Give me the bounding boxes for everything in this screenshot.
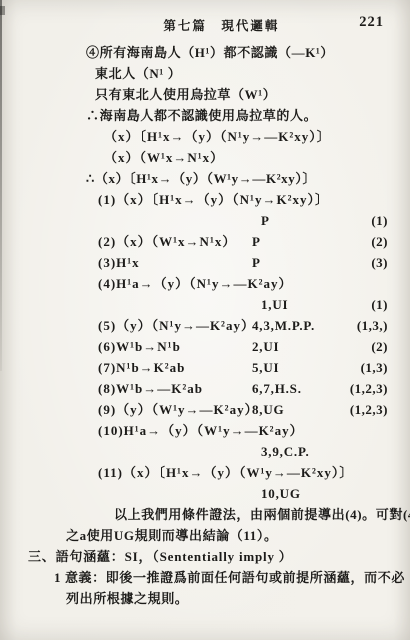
proof-justification: P bbox=[261, 210, 270, 231]
section-heading: 三、語句涵蘊：SI，（Sententially imply ） bbox=[0, 546, 410, 567]
symbolization-conclusion: ∴（x）〔H¹x→（y）（W¹y→—K²xy）〕 bbox=[0, 168, 410, 189]
proof-formula: (8)W¹b→—K²ab bbox=[98, 381, 203, 396]
proof-justification: 2,UI bbox=[252, 336, 279, 357]
commentary-line: 以上我們用條件證法，由兩個前提導出(4)。可對(4)中 bbox=[0, 504, 410, 525]
proof-justification: 10,UG bbox=[261, 483, 301, 504]
proof-line-ref: (1,2,3) bbox=[350, 378, 388, 399]
proof-row: 1,UI (1) bbox=[0, 294, 410, 315]
premise-line: ④所有海南島人（H¹）都不認識（—K¹） bbox=[0, 42, 410, 63]
proof-row: (9)（y）（W¹y→—K²ay） 8,UG (1,2,3) bbox=[0, 399, 410, 420]
proof-line-ref: (1) bbox=[371, 294, 388, 315]
proof-justification: P bbox=[252, 252, 261, 273]
proof-row: P (1) bbox=[0, 210, 410, 231]
proof-justification: 3,9,C.P. bbox=[261, 441, 310, 462]
proof-line-ref: (1,3) bbox=[361, 357, 388, 378]
proof-line-ref: (1) bbox=[371, 210, 388, 231]
premise-line: 只有東北人使用烏拉草（W¹） bbox=[0, 84, 410, 105]
proof-line-ref: (3) bbox=[371, 252, 388, 273]
proof-justification: P bbox=[252, 231, 261, 252]
proof-row: (4)H¹a→（y）（N¹y→—K²ay） bbox=[0, 273, 410, 294]
commentary-line: 之a使用UG規則而導出結論（11）。 bbox=[0, 525, 410, 546]
page-content: ④所有海南島人（H¹）都不認識（—K¹） 東北人（N¹ ） 只有東北人使用烏拉草… bbox=[0, 38, 410, 609]
proof-formula: (7)N¹b→K²ab bbox=[98, 360, 185, 375]
proof-row: 3,9,C.P. bbox=[0, 441, 410, 462]
symbolization-line: （x）（W¹x→N¹x） bbox=[0, 147, 410, 168]
running-title: 第七篇 現代邏輯 bbox=[163, 16, 279, 34]
premise-line: 東北人（N¹ ） bbox=[0, 63, 410, 84]
proof-line-ref: (2) bbox=[371, 336, 388, 357]
proof-justification: 1,UI bbox=[261, 294, 288, 315]
proof-formula: (2)（x）（W¹x→N¹x） bbox=[98, 234, 236, 249]
proof-row: (8)W¹b→—K²ab 6,7,H.S. (1,2,3) bbox=[0, 378, 410, 399]
proof-formula: (11)（x）〔H¹x→（y）（W¹y→—K²xy）〕 bbox=[98, 465, 353, 480]
section-body-line: 1 意義：即後一推證爲前面任何語句或前提所涵蘊，而不必 bbox=[0, 567, 410, 588]
proof-row: (6)W¹b→N¹b 2,UI (2) bbox=[0, 336, 410, 357]
symbolization-line: （x）〔H¹x→（y）（N¹y→—K²xy）〕 bbox=[0, 126, 410, 147]
book-page: 第七篇 現代邏輯 221 ④所有海南島人（H¹）都不認識（—K¹） 東北人（N¹… bbox=[0, 0, 410, 640]
proof-justification: 8,UG bbox=[252, 399, 284, 420]
proof-justification: 6,7,H.S. bbox=[252, 378, 302, 399]
proof-row: (2)（x）（W¹x→N¹x） P (2) bbox=[0, 231, 410, 252]
proof-justification: 5,UI bbox=[252, 357, 279, 378]
conclusion-line: ∴海南島人都不認識使用烏拉草的人。 bbox=[0, 105, 410, 126]
proof-line-ref: (2) bbox=[371, 231, 388, 252]
proof-formula: (5)（y）（N¹y→—K²ay） bbox=[98, 318, 255, 333]
proof-formula: (3)H¹x bbox=[98, 255, 140, 270]
proof-row: (7)N¹b→K²ab 5,UI (1,3) bbox=[0, 357, 410, 378]
proof-row: 10,UG bbox=[0, 483, 410, 504]
section-body-line: 列出所根據之規則。 bbox=[0, 588, 410, 609]
proof-formula: (1)（x）〔H¹x→（y）（N¹y→K²xy）〕 bbox=[98, 192, 329, 207]
page-header: 第七篇 現代邏輯 221 bbox=[0, 0, 410, 38]
proof-formula: (4)H¹a→（y）（N¹y→—K²ay） bbox=[98, 276, 292, 291]
proof-line-ref: (1,2,3) bbox=[350, 399, 388, 420]
page-number: 221 bbox=[359, 14, 384, 31]
proof-justification: 4,3,M.P.P. bbox=[252, 315, 315, 336]
proof-formula: (10)H¹a→（y）（W¹y→—K²ay） bbox=[98, 423, 304, 438]
proof-line-ref: (1,3,) bbox=[357, 315, 388, 336]
proof-formula: (9)（y）（W¹y→—K²ay） bbox=[98, 402, 259, 417]
proof-row: (5)（y）（N¹y→—K²ay） 4,3,M.P.P. (1,3,) bbox=[0, 315, 410, 336]
proof-formula: (6)W¹b→N¹b bbox=[98, 339, 181, 354]
proof-row: (11)（x）〔H¹x→（y）（W¹y→—K²xy）〕 bbox=[0, 462, 410, 483]
proof-row: (1)（x）〔H¹x→（y）（N¹y→K²xy）〕 bbox=[0, 189, 410, 210]
proof-row: (10)H¹a→（y）（W¹y→—K²ay） bbox=[0, 420, 410, 441]
proof-row: (3)H¹x P (3) bbox=[0, 252, 410, 273]
